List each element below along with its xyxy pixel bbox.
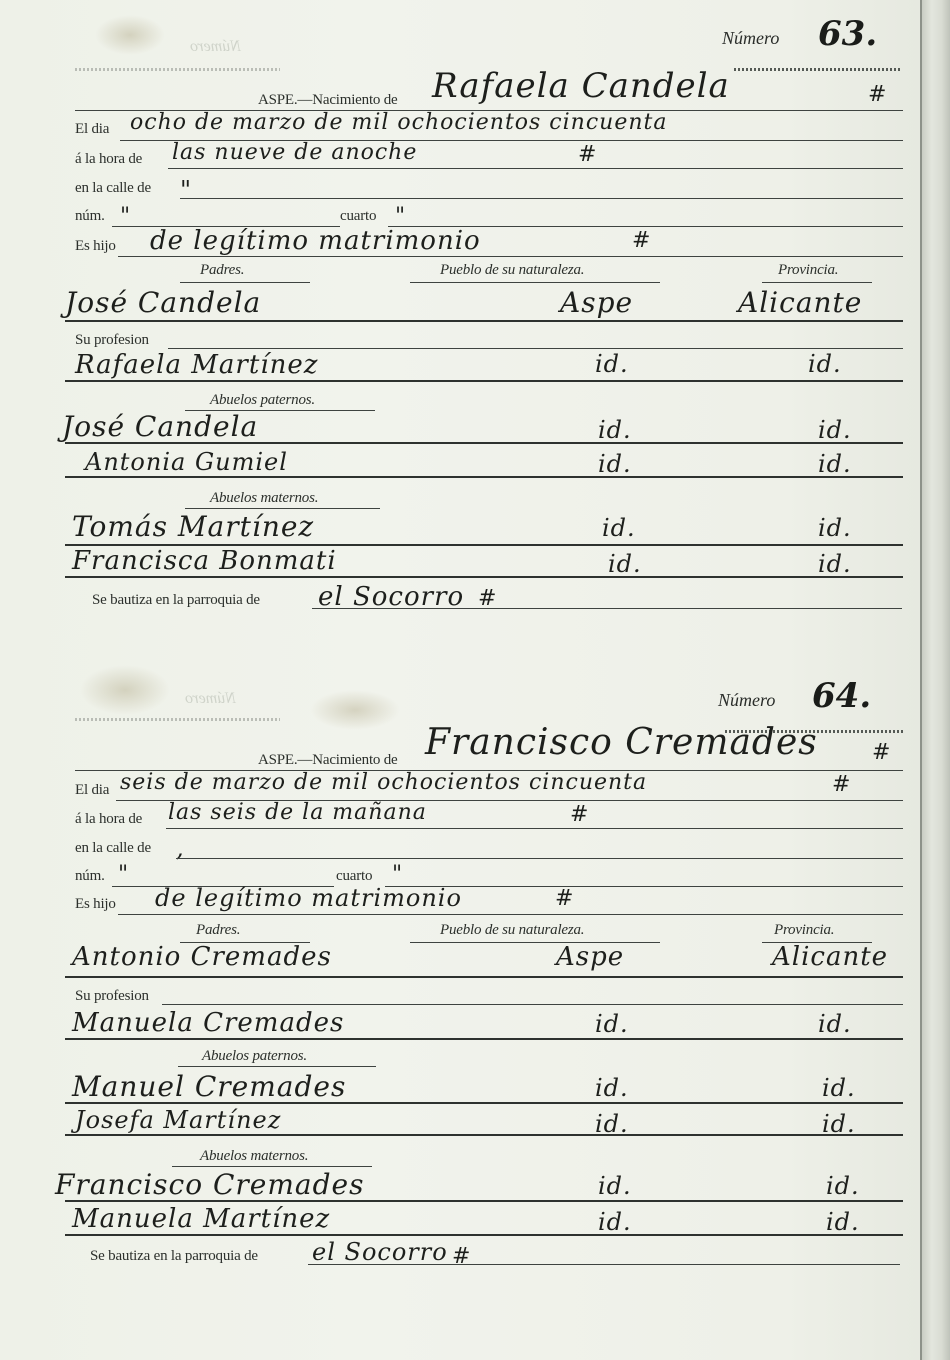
cross-mark: #	[555, 886, 573, 911]
abuelo-materno-provincia: id.	[826, 1172, 860, 1200]
nacimiento-label: ASPE.—Nacimiento de	[258, 752, 398, 769]
bautiza-label: Se bautiza en la parroquia de	[90, 1248, 258, 1265]
calle-value: "	[180, 176, 192, 204]
abuela-materna-nombre: Francisca Bonmati	[72, 546, 337, 576]
dia-label: El dia	[75, 121, 109, 138]
rule	[65, 380, 903, 382]
cross-mark: #	[632, 228, 650, 253]
cuarto-label: cuarto	[340, 208, 376, 225]
rule	[65, 1038, 903, 1040]
num-value: "	[118, 862, 129, 887]
madre-provincia: id.	[808, 350, 842, 378]
padres-header: Padres.	[200, 262, 244, 279]
rule	[762, 282, 872, 283]
abuelo-paterno-pueblo: id.	[598, 416, 632, 444]
show-through-numero: Número	[190, 38, 241, 56]
padre-pueblo: Aspe	[560, 286, 633, 319]
padre-provincia: Alicante	[772, 942, 888, 972]
profesion-label: Su profesion	[75, 332, 149, 349]
provincia-header: Provincia.	[774, 922, 834, 939]
rule	[385, 886, 903, 887]
madre-nombre: Rafaela Martínez	[75, 350, 318, 380]
dia-label: El dia	[75, 782, 109, 799]
numero-label: Número	[718, 690, 775, 711]
abuela-paterna-provincia: id.	[818, 450, 852, 478]
rule	[65, 476, 903, 478]
rule	[312, 608, 902, 609]
dia-value: seis de marzo de mil ochocientos cincuen…	[120, 770, 647, 795]
abuelos-maternos-header: Abuelos maternos.	[210, 490, 318, 507]
numero-underline	[734, 68, 902, 71]
rule	[168, 348, 903, 349]
numero-label: Número	[722, 28, 779, 49]
numero-value: 64.	[812, 676, 871, 716]
cuarto-label: cuarto	[336, 868, 372, 885]
cross-mark: #	[570, 802, 588, 827]
rule	[178, 1066, 376, 1067]
cross-mark: #	[872, 740, 890, 765]
abuelo-paterno-pueblo: id.	[595, 1074, 629, 1102]
rule	[168, 168, 903, 169]
padre-nombre: Antonio Cremades	[72, 942, 332, 972]
rule	[65, 320, 903, 322]
provincia-header: Provincia.	[778, 262, 838, 279]
pueblo-header: Pueblo de su naturaleza.	[440, 922, 584, 939]
abuelo-paterno-provincia: id.	[822, 1074, 856, 1102]
rule	[65, 976, 903, 978]
hora-value: las seis de la mañana	[168, 800, 427, 825]
child-name: Francisco Cremades	[425, 722, 818, 763]
rule	[176, 858, 903, 859]
abuela-materna-pueblo: id.	[598, 1208, 632, 1236]
num-label: núm.	[75, 208, 105, 225]
madre-nombre: Manuela Cremades	[72, 1008, 344, 1038]
profesion-label: Su profesion	[75, 988, 149, 1005]
abuelos-maternos-header: Abuelos maternos.	[200, 1148, 308, 1165]
abuela-paterna-nombre: Josefa Martínez	[75, 1106, 281, 1134]
abuelo-materno-nombre: Francisco Cremades	[55, 1168, 364, 1201]
rule	[410, 282, 660, 283]
numero-value: 63.	[818, 14, 877, 54]
hora-label: á la hora de	[75, 151, 142, 168]
abuela-materna-nombre: Manuela Martínez	[72, 1204, 330, 1234]
cross-mark: #	[832, 772, 850, 797]
hora-label: á la hora de	[75, 811, 142, 828]
rule	[65, 576, 903, 578]
rule	[185, 508, 380, 509]
abuela-paterna-nombre: Antonia Gumiel	[85, 448, 288, 476]
child-name: Rafaela Candela	[432, 66, 730, 106]
es-hijo-value: de legítimo matrimonio	[155, 884, 462, 912]
show-through-rule	[75, 68, 280, 71]
rule	[118, 256, 903, 257]
rule	[162, 1004, 903, 1005]
ink-stain	[95, 15, 165, 55]
rule	[180, 282, 310, 283]
ink-stain	[310, 690, 400, 730]
madre-provincia: id.	[818, 1010, 852, 1038]
ink-stain	[80, 665, 170, 715]
padres-header: Padres.	[196, 922, 240, 939]
cross-mark: #	[452, 1244, 470, 1269]
abuelos-paternos-header: Abuelos paternos.	[202, 1048, 307, 1065]
hora-value: las nueve de anoche	[172, 140, 417, 165]
abuelo-paterno-nombre: Manuel Cremades	[72, 1070, 346, 1103]
padre-nombre: José Candela	[65, 286, 261, 319]
es-hijo-label: Es hijo	[75, 238, 116, 255]
rule	[308, 1264, 900, 1265]
rule	[65, 1200, 903, 1202]
rule	[180, 198, 903, 199]
bautiza-label: Se bautiza en la parroquia de	[92, 592, 260, 609]
show-through-rule	[75, 718, 280, 721]
abuelo-paterno-nombre: José Candela	[62, 410, 258, 443]
pueblo-header: Pueblo de su naturaleza.	[440, 262, 584, 279]
rule	[65, 1102, 903, 1104]
abuelo-materno-pueblo: id.	[602, 514, 636, 542]
es-hijo-label: Es hijo	[75, 896, 116, 913]
rule	[118, 914, 903, 915]
calle-label: en la calle de	[75, 840, 151, 857]
show-through-numero: Número	[185, 690, 236, 708]
book-spine	[920, 0, 950, 1360]
padre-provincia: Alicante	[738, 286, 862, 319]
madre-pueblo: id.	[595, 350, 629, 378]
rule	[65, 1134, 903, 1136]
rule	[65, 442, 903, 444]
abuela-materna-provincia: id.	[826, 1208, 860, 1236]
rule	[172, 1166, 372, 1167]
abuela-materna-provincia: id.	[818, 550, 852, 578]
abuelos-paternos-header: Abuelos paternos.	[210, 392, 315, 409]
calle-label: en la calle de	[75, 180, 151, 197]
abuelo-materno-nombre: Tomás Martínez	[72, 510, 314, 543]
register-page: Número Número Número 63. ASPE.—Nacimient…	[0, 0, 920, 1360]
cross-mark: #	[868, 82, 886, 107]
nacimiento-label: ASPE.—Nacimiento de	[258, 92, 398, 109]
madre-pueblo: id.	[595, 1010, 629, 1038]
abuelo-materno-provincia: id.	[818, 514, 852, 542]
abuelo-paterno-provincia: id.	[818, 416, 852, 444]
parroquia-value: el Socorro	[312, 1238, 448, 1266]
num-label: núm.	[75, 868, 105, 885]
abuela-materna-pueblo: id.	[608, 550, 642, 578]
dia-value: ocho de marzo de mil ochocientos cincuen…	[130, 110, 667, 135]
rule	[166, 828, 903, 829]
padre-pueblo: Aspe	[556, 942, 624, 972]
es-hijo-value: de legítimo matrimonio	[150, 226, 481, 256]
cross-mark: #	[578, 142, 596, 167]
abuela-paterna-pueblo: id.	[598, 450, 632, 478]
abuelo-materno-pueblo: id.	[598, 1172, 632, 1200]
rule	[65, 1234, 903, 1236]
